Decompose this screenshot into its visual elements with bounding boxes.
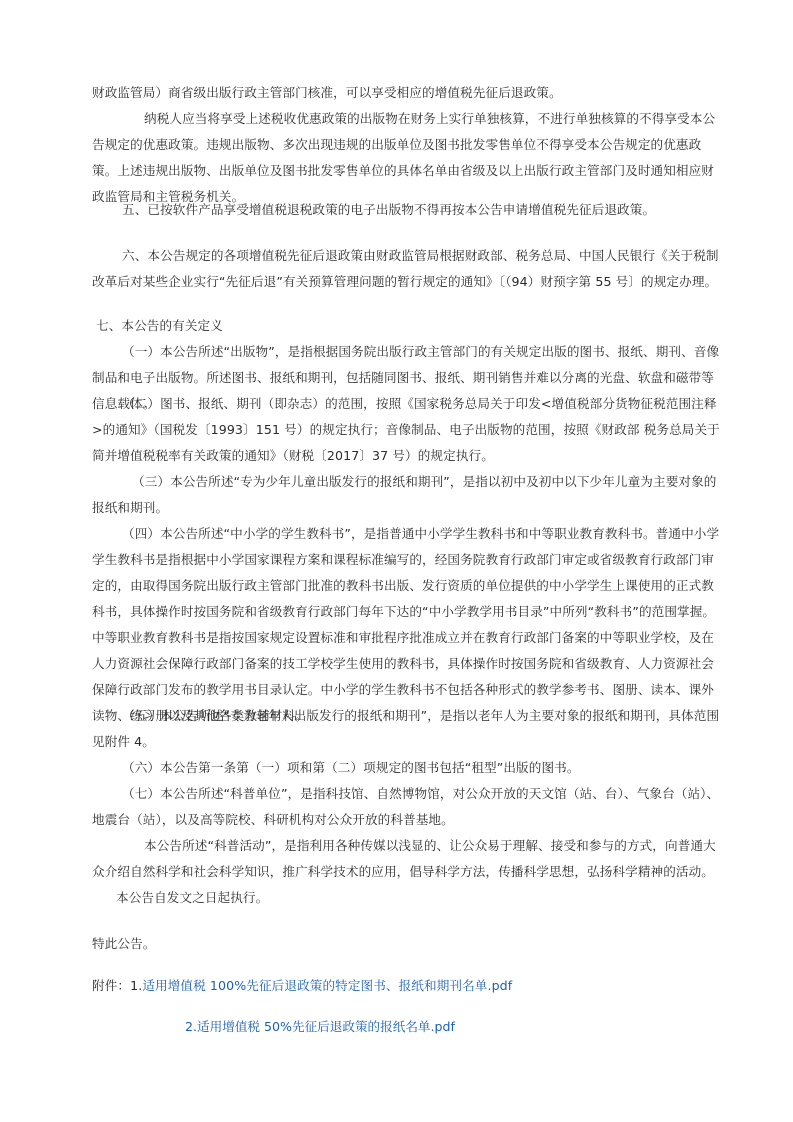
attachment-2-number: 2. <box>185 1019 197 1034</box>
paragraph-section-5: 五、已按软件产品享受增值税退税政策的电子出版物不得再按本公告申请增值税先征后退政… <box>92 197 720 223</box>
attachment-2-link[interactable]: 适用增值税 50%先征后退政策的报纸名单.pdf <box>197 1019 455 1034</box>
paragraph-section-6: 六、本公告规定的各项增值税先征后退政策由财政监管局根据财政部、税务总局、中国人民… <box>92 243 720 295</box>
section-7-heading: 七、本公告的有关定义 <box>92 313 720 339</box>
attachment-1-link[interactable]: 适用增值税 100%先征后退政策的特定图书、报纸和期刊名单.pdf <box>142 978 512 993</box>
definition-2: （二）图书、报纸、期刊（即杂志）的范围，按照《国家税务总局关于印发<增值税部分货… <box>92 391 720 469</box>
closing-statement: 特此公告。 <box>92 931 720 957</box>
paragraph-continuation: 财政监管局）商省级出版行政主管部门核准，可以享受相应的增值税先征后退政策。 <box>92 80 720 106</box>
definition-7: （七）本公告所述“科普单位”，是指科技馆、自然博物馆，对公众开放的天文馆（站、台… <box>92 781 720 833</box>
effective-date: 本公告自发文之日起执行。 <box>92 885 720 911</box>
definition-6: （六）本公告第一条第（一）项和第（二）项规定的图书包括“租型”出版的图书。 <box>92 755 720 781</box>
definition-5: （五）本公告所述“专为老年人出版发行的报纸和期刊”，是指以老年人为主要对象的报纸… <box>92 703 720 755</box>
definition-7-activity: 本公告所述“科普活动”，是指利用各种传媒以浅显的、让公众易于理解、接受和参与的方… <box>92 833 720 885</box>
attachment-1-number: 1. <box>130 978 142 993</box>
attachment-row-2: 2.适用增值税 50%先征后退政策的报纸名单.pdf <box>185 1014 455 1040</box>
attachment-label: 附件： <box>92 978 130 993</box>
attachment-row-1: 附件：1.适用增值税 100%先征后退政策的特定图书、报纸和期刊名单.pdf <box>92 973 720 999</box>
definition-4: （四）本公告所述“中小学的学生教科书”，是指普通中小学学生教科书和中等职业教育教… <box>92 521 720 729</box>
paragraph-accounting: 纳税人应当将享受上述税收优惠政策的出版物在财务上实行单独核算，不进行单独核算的不… <box>92 106 720 210</box>
definition-3: （三）本公告所述“专为少年儿童出版发行的报纸和期刊”，是指以初中及初中以下少年儿… <box>92 469 720 521</box>
